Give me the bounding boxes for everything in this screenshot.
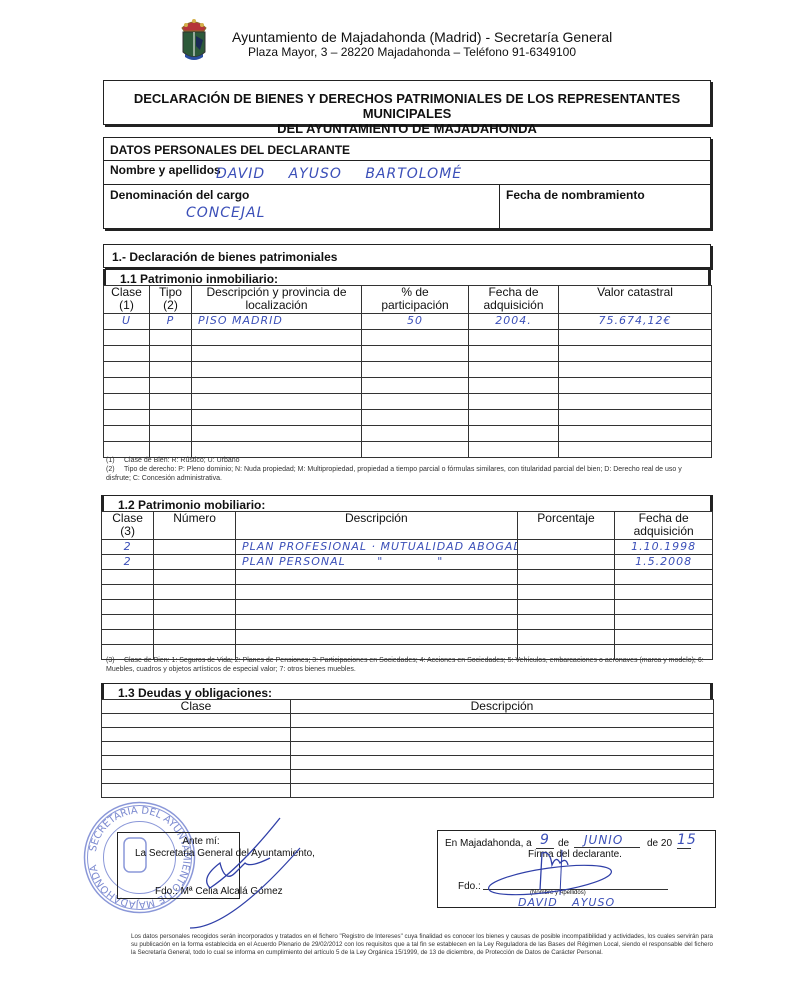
real-estate-cell[interactable] — [150, 410, 192, 426]
real-estate-cell[interactable] — [104, 426, 150, 442]
real-estate-cell[interactable] — [104, 330, 150, 346]
appointment-date-label: Fecha de nombramiento — [506, 188, 645, 202]
debts-table: ClaseDescripción — [101, 699, 714, 798]
movable-assets-heading: 1.2 Patrimonio mobiliario: — [101, 495, 713, 512]
movable-assets-cell[interactable] — [615, 615, 713, 630]
movable-assets-cell[interactable] — [102, 600, 154, 615]
movable-assets-table: Clase(3)NúmeroDescripciónPorcentajeFecha… — [101, 511, 713, 660]
movable-assets-cell[interactable] — [154, 570, 236, 585]
position-value[interactable]: CONCEJAL — [186, 205, 265, 221]
real-estate-cell[interactable] — [192, 362, 362, 378]
debts-cell[interactable] — [102, 756, 291, 770]
real-estate-col-header: Clase(1) — [104, 286, 150, 314]
real-estate-cell[interactable] — [469, 330, 559, 346]
movable-assets-col-header: Fecha deadquisición — [615, 512, 713, 540]
real-estate-cell[interactable] — [559, 330, 712, 346]
real-estate-cell[interactable] — [469, 362, 559, 378]
debts-row — [102, 714, 714, 728]
movable-assets-cell[interactable] — [615, 570, 713, 585]
title-line-1: DECLARACIÓN DE BIENES Y DERECHOS PATRIMO… — [104, 91, 710, 121]
real-estate-cell[interactable] — [150, 346, 192, 362]
real-estate-cell[interactable] — [150, 394, 192, 410]
real-estate-cell[interactable] — [104, 346, 150, 362]
real-estate-cell[interactable] — [362, 378, 469, 394]
movable-assets-cell[interactable] — [102, 585, 154, 600]
real-estate-cell[interactable] — [559, 394, 712, 410]
real-estate-cell[interactable] — [362, 394, 469, 410]
movable-assets-cell[interactable] — [236, 615, 518, 630]
real-estate-cell[interactable] — [362, 346, 469, 362]
movable-assets-cell[interactable] — [236, 570, 518, 585]
movable-assets-cell[interactable] — [102, 630, 154, 645]
debts-row — [102, 784, 714, 798]
signed-by-label: Fdo.: — [458, 881, 481, 892]
real-estate-cell[interactable] — [469, 394, 559, 410]
debts-cell[interactable] — [102, 728, 291, 742]
real-estate-cell[interactable] — [469, 410, 559, 426]
real-estate-cell[interactable] — [192, 346, 362, 362]
movable-assets-row — [102, 630, 713, 645]
real-estate-cell[interactable] — [150, 426, 192, 442]
debts-cell[interactable] — [291, 714, 714, 728]
debts-cell[interactable] — [102, 784, 291, 798]
movable-assets-cell[interactable] — [154, 585, 236, 600]
movable-assets-cell[interactable]: 1.5.2008 — [615, 555, 713, 570]
movable-assets-cell[interactable] — [517, 555, 615, 570]
movable-assets-cell[interactable]: 1.10.1998 — [615, 540, 713, 555]
movable-assets-cell[interactable] — [615, 630, 713, 645]
real-estate-cell[interactable] — [559, 378, 712, 394]
real-estate-table: Clase(1)Tipo(2)Descripción y provincia d… — [103, 285, 712, 458]
movable-assets-cell[interactable] — [236, 630, 518, 645]
header-address: Plaza Mayor, 3 – 28220 Majadahonda – Tel… — [248, 45, 576, 59]
movable-assets-cell[interactable] — [517, 570, 615, 585]
secretary-signature-icon — [150, 808, 310, 938]
real-estate-cell[interactable]: PISO MADRID — [192, 314, 362, 330]
real-estate-cell[interactable] — [559, 362, 712, 378]
movable-assets-cell[interactable]: PLAN PERSONAL " " — [236, 555, 518, 570]
position-label: Denominación del cargo — [110, 188, 249, 202]
section-1-heading: 1.- Declaración de bienes patrimoniales — [103, 244, 711, 268]
name-value[interactable]: DAVID AYUSO BARTOLOMÉ — [216, 166, 462, 182]
real-estate-row — [104, 330, 712, 346]
movable-assets-cell[interactable] — [517, 630, 615, 645]
real-estate-row: UPPISO MADRID502004.75.674,12€ — [104, 314, 712, 330]
real-estate-cell[interactable] — [150, 330, 192, 346]
real-estate-cell[interactable] — [362, 362, 469, 378]
debts-heading: 1.3 Deudas y obligaciones: — [101, 683, 713, 700]
real-estate-cell[interactable] — [192, 410, 362, 426]
real-estate-cell[interactable] — [104, 362, 150, 378]
year-value[interactable]: 15 — [677, 832, 691, 849]
debts-row — [102, 756, 714, 770]
real-estate-cell[interactable] — [192, 426, 362, 442]
movable-assets-cell[interactable] — [615, 585, 713, 600]
real-estate-row — [104, 410, 712, 426]
real-estate-row — [104, 426, 712, 442]
position-row: Denominación del cargo CONCEJAL Fecha de… — [104, 184, 710, 228]
real-estate-col-header: Tipo(2) — [150, 286, 192, 314]
real-estate-cell[interactable] — [362, 426, 469, 442]
debts-cell[interactable] — [291, 770, 714, 784]
movable-assets-col-header: Clase(3) — [102, 512, 154, 540]
real-estate-cell[interactable]: P — [150, 314, 192, 330]
real-estate-col-header: Descripción y provincia delocalización — [192, 286, 362, 314]
movable-assets-row: 2PLAN PROFESIONAL · MUTUALIDAD ABOGADOS.… — [102, 540, 713, 555]
movable-assets-col-header: Descripción — [236, 512, 518, 540]
real-estate-cell[interactable] — [104, 410, 150, 426]
movable-assets-cell[interactable] — [517, 585, 615, 600]
debts-col-header: Clase — [102, 700, 291, 714]
movable-assets-cell[interactable] — [154, 555, 236, 570]
movable-assets-cell[interactable] — [236, 585, 518, 600]
title-line-2: DEL AYUNTAMIENTO DE MAJADAHONDA — [104, 121, 710, 136]
real-estate-cell[interactable] — [559, 426, 712, 442]
declarant-signature-icon — [480, 845, 620, 910]
debts-row — [102, 742, 714, 756]
movable-assets-cell[interactable]: 2 — [102, 540, 154, 555]
real-estate-cell[interactable] — [150, 362, 192, 378]
real-estate-cell[interactable] — [559, 410, 712, 426]
footnote: (1)Clase de Bien: R: Rústico; U: Urbano — [106, 456, 706, 465]
real-estate-cell[interactable]: 2004. — [469, 314, 559, 330]
document-title: DECLARACIÓN DE BIENES Y DERECHOS PATRIMO… — [103, 80, 711, 125]
real-estate-row — [104, 394, 712, 410]
movable-assets-row — [102, 570, 713, 585]
movable-assets-cell[interactable] — [102, 570, 154, 585]
real-estate-cell[interactable] — [104, 378, 150, 394]
debts-cell[interactable] — [291, 742, 714, 756]
movable-assets-cell[interactable] — [154, 600, 236, 615]
real-estate-cell[interactable] — [192, 378, 362, 394]
movable-assets-notes: (3)Clase de Bien: 1: Seguros de Vida; 2:… — [106, 656, 706, 674]
real-estate-cell[interactable] — [469, 346, 559, 362]
movable-assets-cell[interactable] — [517, 600, 615, 615]
real-estate-col-header: Valor catastral — [559, 286, 712, 314]
footnote: (3)Clase de Bien: 1: Seguros de Vida; 2:… — [106, 656, 706, 674]
real-estate-col-header: % departicipación — [362, 286, 469, 314]
movable-assets-cell[interactable] — [615, 600, 713, 615]
debts-col-header: Descripción — [291, 700, 714, 714]
movable-assets-col-header: Porcentaje — [517, 512, 615, 540]
real-estate-col-header: Fecha deadquisición — [469, 286, 559, 314]
movable-assets-cell[interactable] — [154, 630, 236, 645]
movable-assets-col-header: Número — [154, 512, 236, 540]
header-organization: Ayuntamiento de Majadahonda (Madrid) - S… — [232, 29, 612, 45]
real-estate-cell[interactable] — [192, 330, 362, 346]
movable-assets-cell[interactable] — [102, 615, 154, 630]
movable-assets-row — [102, 600, 713, 615]
real-estate-cell[interactable] — [192, 394, 362, 410]
real-estate-cell[interactable] — [362, 410, 469, 426]
movable-assets-cell[interactable]: PLAN PROFESIONAL · MUTUALIDAD ABOGADOS. — [236, 540, 518, 555]
real-estate-cell[interactable]: 75.674,12€ — [559, 314, 712, 330]
debts-row — [102, 770, 714, 784]
real-estate-cell[interactable] — [104, 394, 150, 410]
debts-cell[interactable] — [102, 770, 291, 784]
footnote: (2)Tipo de derecho: P: Pleno dominio; N:… — [106, 465, 706, 483]
real-estate-row — [104, 362, 712, 378]
movable-assets-cell[interactable] — [517, 540, 615, 555]
real-estate-heading: 1.1 Patrimonio inmobiliario: — [103, 269, 711, 286]
debts-row — [102, 728, 714, 742]
real-estate-cell[interactable] — [362, 330, 469, 346]
name-row: Nombre y apellidos DAVID AYUSO BARTOLOMÉ — [104, 160, 710, 185]
real-estate-cell[interactable] — [469, 426, 559, 442]
personal-data-section: DATOS PERSONALES DEL DECLARANTE Nombre y… — [103, 137, 711, 229]
real-estate-cell[interactable] — [559, 346, 712, 362]
debts-cell[interactable] — [291, 756, 714, 770]
debts-cell[interactable] — [291, 784, 714, 798]
movable-assets-cell[interactable]: 2 — [102, 555, 154, 570]
data-protection-notice: Los datos personales recogidos serán inc… — [131, 933, 713, 957]
debts-cell[interactable] — [102, 742, 291, 756]
real-estate-row — [104, 346, 712, 362]
real-estate-cell[interactable] — [150, 378, 192, 394]
movable-assets-row — [102, 585, 713, 600]
debts-cell[interactable] — [102, 714, 291, 728]
name-label: Nombre y apellidos — [110, 163, 221, 177]
coat-of-arms-icon — [176, 16, 212, 64]
real-estate-cell[interactable] — [469, 378, 559, 394]
personal-data-heading: DATOS PERSONALES DEL DECLARANTE — [104, 138, 710, 161]
movable-assets-cell[interactable] — [517, 615, 615, 630]
movable-assets-row — [102, 615, 713, 630]
real-estate-cell[interactable]: 50 — [362, 314, 469, 330]
debts-cell[interactable] — [291, 728, 714, 742]
real-estate-cell[interactable]: U — [104, 314, 150, 330]
movable-assets-cell[interactable] — [154, 540, 236, 555]
real-estate-row — [104, 378, 712, 394]
movable-assets-row: 2PLAN PERSONAL " "1.5.2008 — [102, 555, 713, 570]
movable-assets-cell[interactable] — [236, 600, 518, 615]
movable-assets-cell[interactable] — [154, 615, 236, 630]
real-estate-notes: (1)Clase de Bien: R: Rústico; U: Urbano(… — [106, 456, 706, 483]
